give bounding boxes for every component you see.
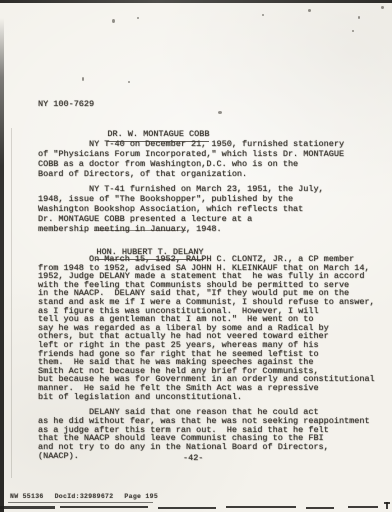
scan-speck — [218, 111, 222, 114]
scan-speck — [352, 30, 354, 32]
scanned-document-page: NY 100-7629 DR. W. MONTAGUE COBB NY T-40… — [0, 0, 392, 512]
paragraph-t41: NY T-41 furnished on March 23, 1951, the… — [38, 184, 324, 234]
scan-speck — [381, 6, 384, 9]
scan-bottom-edge — [306, 507, 334, 509]
paragraph-clontz-statement: On March 15, 1952, RALPH C. CLONTZ, JR.,… — [38, 254, 375, 400]
scan-speck — [82, 77, 84, 81]
scan-fold-line — [11, 128, 12, 478]
paragraph-delany-reason: DELANY said that one reason that he coul… — [38, 407, 370, 460]
scan-speck — [308, 9, 311, 12]
scan-top-edge — [0, 0, 392, 3]
footer-control-number: NW 55136 — [10, 493, 44, 500]
file-number: NY 100-7629 — [38, 99, 94, 109]
scan-speck — [262, 14, 264, 16]
scan-bottom-edge — [158, 507, 216, 509]
handwritten-underline — [94, 230, 186, 231]
footer-doc-id: DocId:32989672 — [55, 493, 114, 500]
scan-bottom-edge — [60, 506, 148, 508]
scan-speck — [137, 17, 139, 19]
page-number: -42- — [183, 453, 203, 463]
scan-corner-mark — [386, 502, 388, 509]
scan-speck — [128, 81, 130, 83]
scan-bottom-edge — [348, 506, 378, 508]
scan-speck — [358, 16, 360, 19]
scan-bottom-edge — [226, 506, 296, 508]
footer-stamp: NW 55136DocId:32989672Page 195 — [10, 493, 169, 500]
scan-speck — [112, 19, 115, 23]
footer-page-label: Page 195 — [124, 493, 158, 500]
footer-rule — [8, 502, 153, 503]
scan-left-edge — [0, 18, 4, 512]
paragraph-t40: NY T-40 on December 21, 1950, furnished … — [38, 139, 344, 179]
scan-bottom-edge — [0, 506, 55, 509]
